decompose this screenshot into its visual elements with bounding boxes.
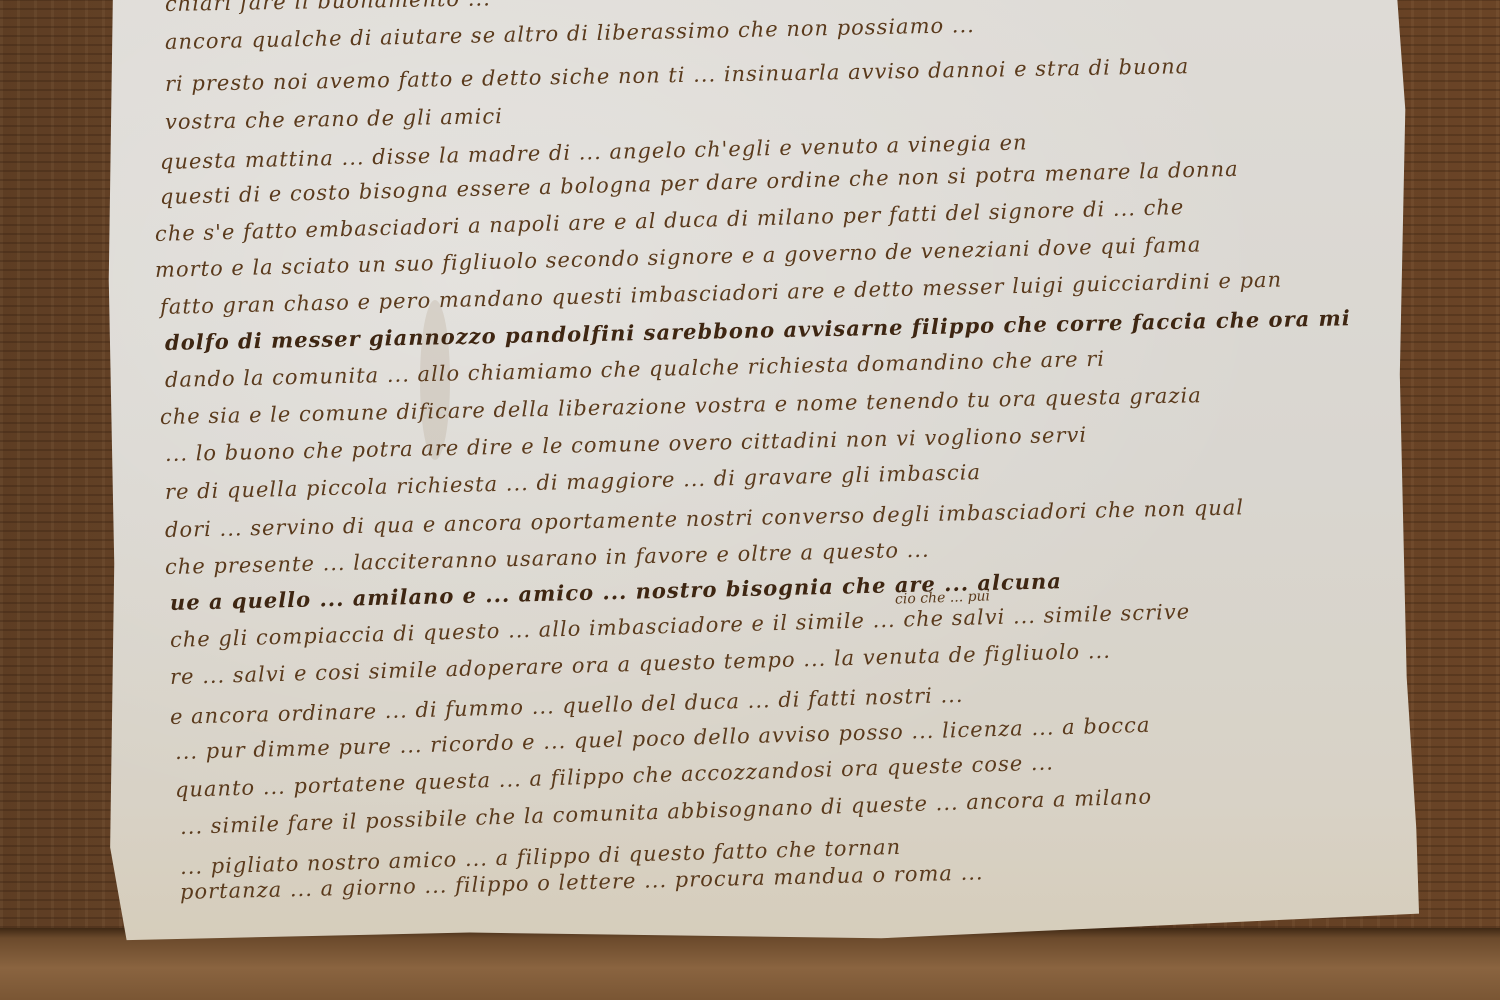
manuscript-line: vostra che erano de gli amici (165, 104, 503, 134)
manuscript-line: re di quella piccola richiesta ... di ma… (165, 460, 982, 504)
manuscript-line: ... lo buono che potra are dire e le com… (165, 423, 1088, 466)
manuscript-line: ri presto noi avemo fatto e detto siche … (165, 54, 1190, 96)
manuscript-text: chiari fare il buonamento ... ancora qua… (0, 0, 1500, 1000)
manuscript-line: che sia e le comune dificare della liber… (160, 383, 1202, 429)
manuscript-line: dando la comunita ... allo chiamiamo che… (165, 347, 1105, 392)
manuscript-line: dori ... servino di qua e ancora oportam… (165, 495, 1245, 542)
manuscript-line: chiari fare il buonamento ... (165, 0, 491, 16)
manuscript-line: ancora qualche di aiutare se altro di li… (165, 13, 975, 54)
manuscript-line: che presente ... lacciteranno usarano in… (165, 538, 930, 579)
